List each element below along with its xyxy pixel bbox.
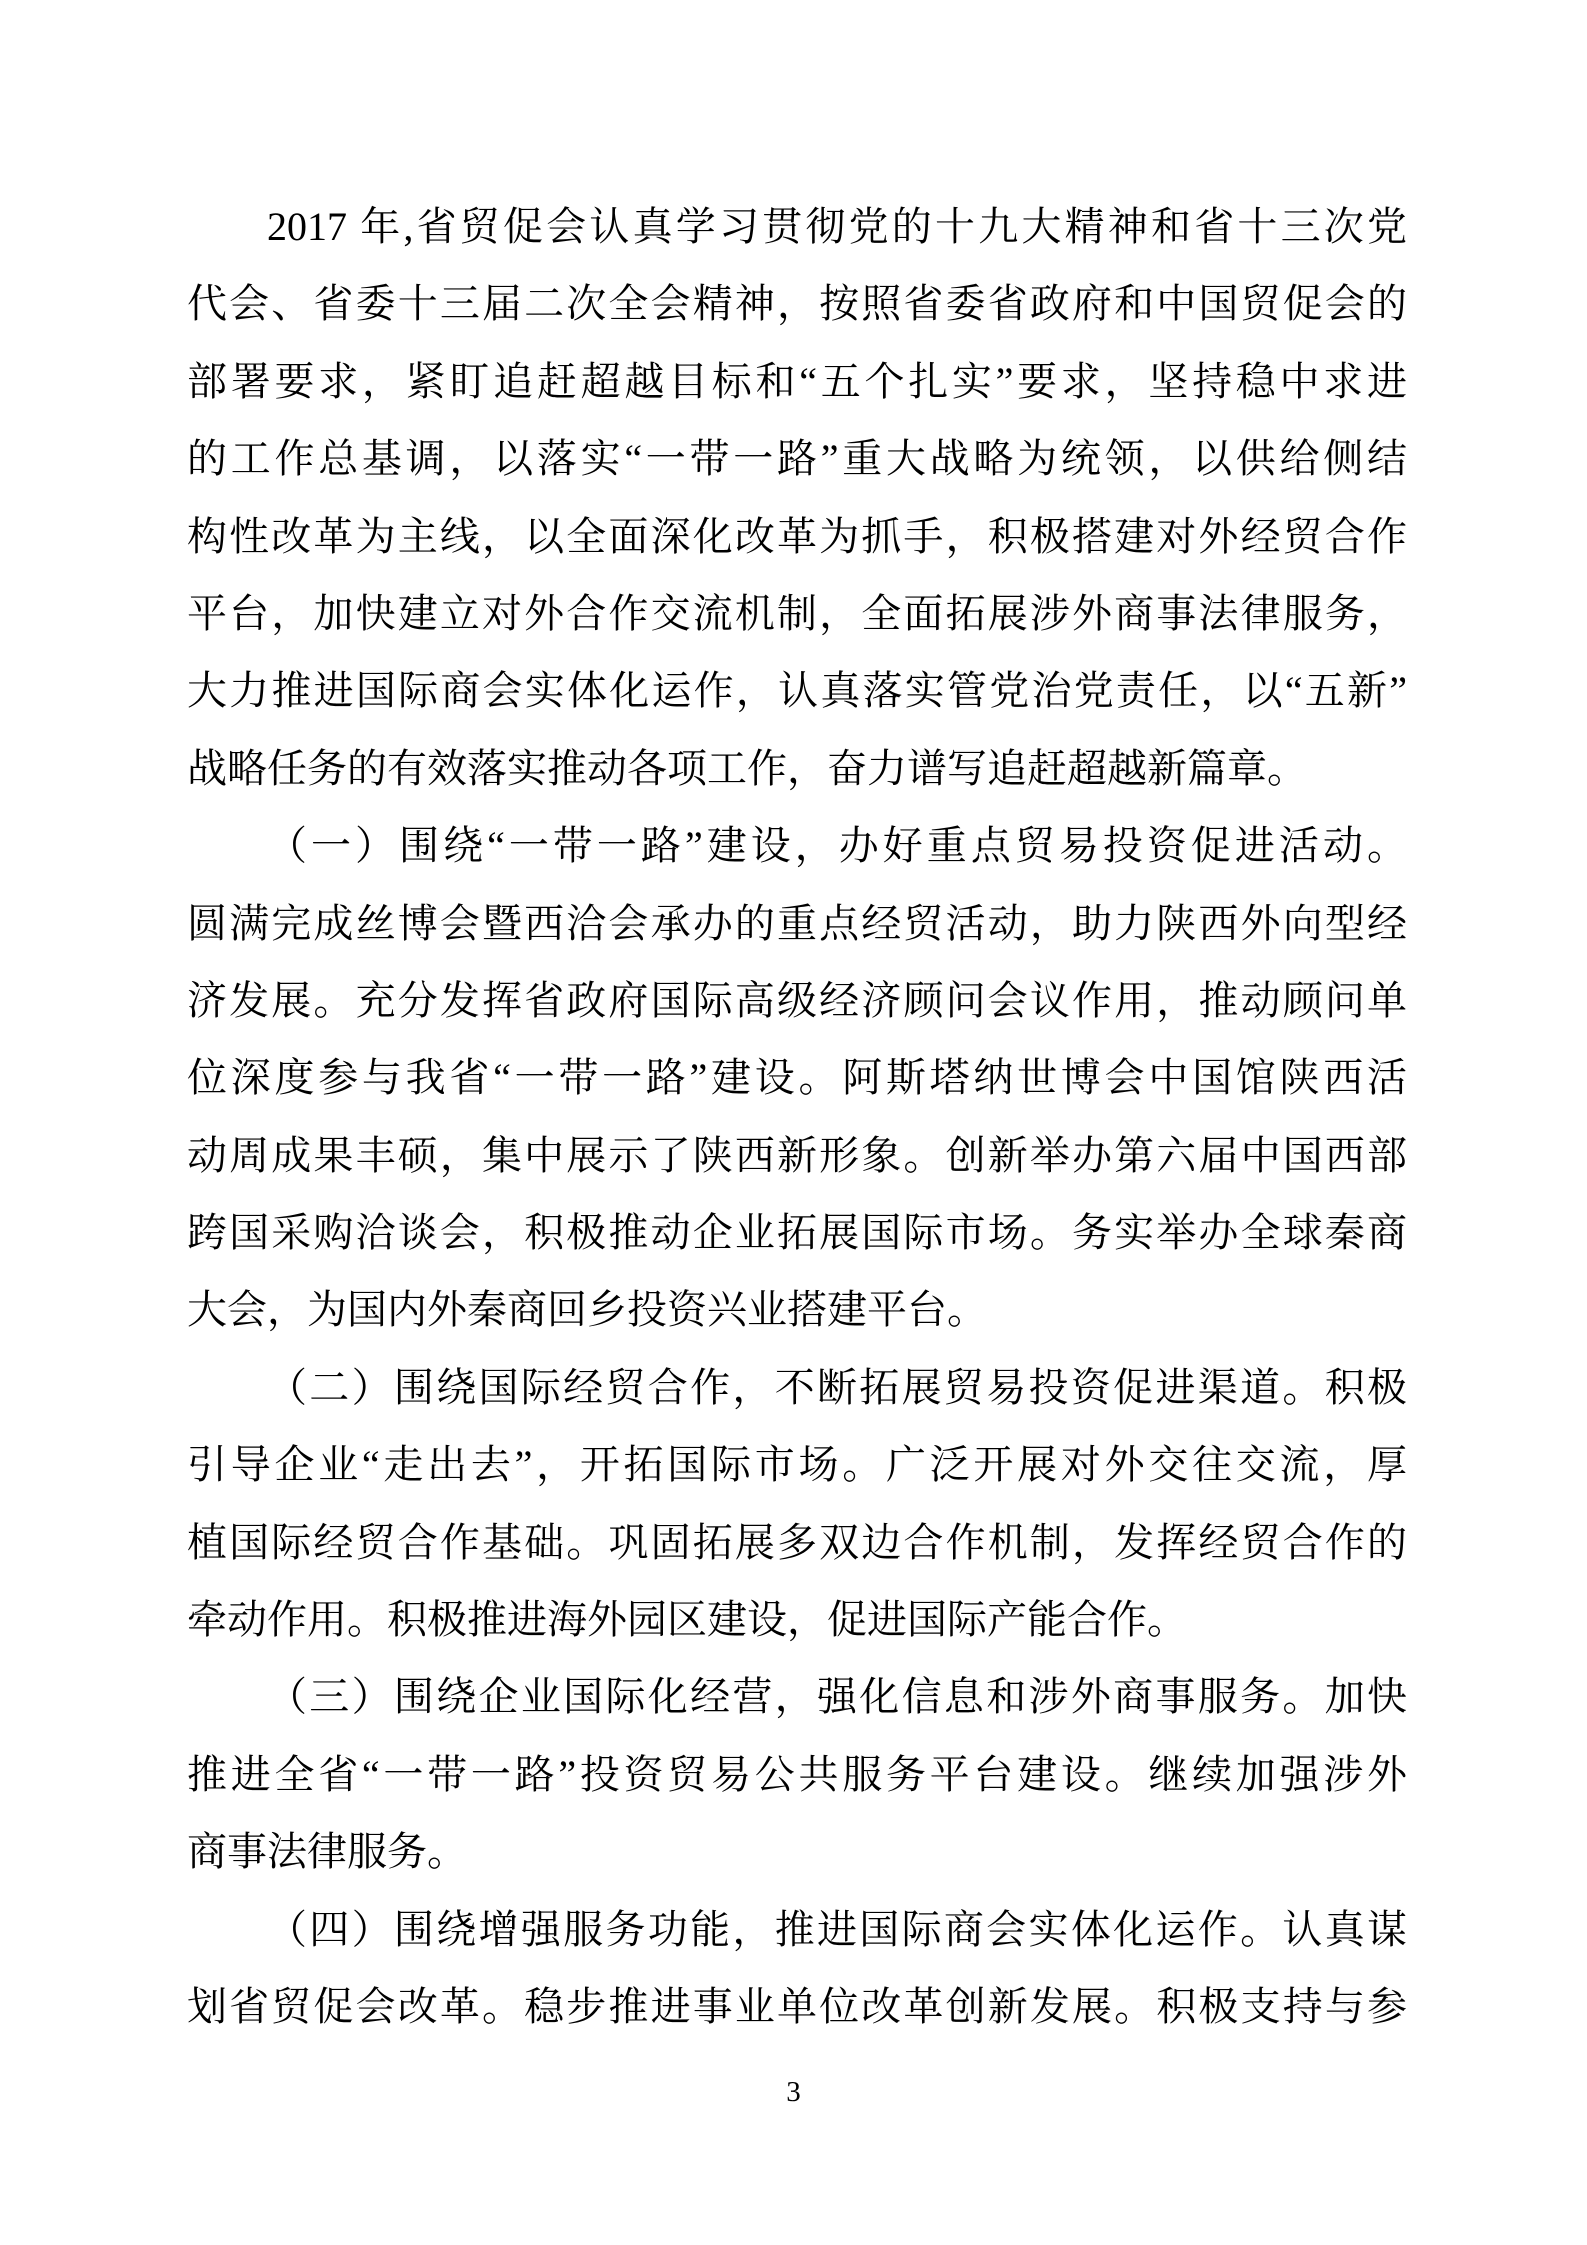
text-line: 位深度参与我省“一带一路”建设。阿斯塔纳世博会中国馆陕西活 — [187, 1039, 1407, 1116]
text-line: 构性改革为主线，以全面深化改革为抓手，积极搭建对外经贸合作 — [187, 498, 1407, 575]
text-line: 代会、省委十三届二次全会精神，按照省委省政府和中国贸促会的 — [187, 265, 1407, 342]
text-line: 跨国采购洽谈会，积极推动企业拓展国际市场。务实举办全球秦商 — [187, 1194, 1407, 1271]
text-line: 引导企业“走出去”，开拓国际市场。广泛开展对外交往交流，厚 — [187, 1426, 1407, 1503]
text-line: （二）围绕国际经贸合作，不断拓展贸易投资促进渠道。积极 — [187, 1349, 1407, 1426]
text-line: 战略任务的有效落实推动各项工作，奋力谱写追赶超越新篇章。 — [187, 730, 1407, 807]
text-line: 划省贸促会改革。稳步推进事业单位改革创新发展。积极支持与参 — [187, 1968, 1407, 2045]
text-line: 植国际经贸合作基础。巩固拓展多双边合作机制，发挥经贸合作的 — [187, 1504, 1407, 1581]
text-line: 牵动作用。积极推进海外园区建设，促进国际产能合作。 — [187, 1581, 1407, 1658]
page-number: 3 — [0, 2072, 1587, 2112]
document-body: 2017 年,省贸促会认真学习贯彻党的十九大精神和省十三次党代会、省委十三届二次… — [187, 188, 1407, 2045]
text-line: 的工作总基调，以落实“一带一路”重大战略为统领，以供给侧结 — [187, 420, 1407, 497]
text-line: 平台，加快建立对外合作交流机制，全面拓展涉外商事法律服务， — [187, 575, 1407, 652]
text-line: 大会，为国内外秦商回乡投资兴业搭建平台。 — [187, 1271, 1407, 1348]
text-line: 部署要求，紧盯追赶超越目标和“五个扎实”要求，坚持稳中求进 — [187, 343, 1407, 420]
text-line: 圆满完成丝博会暨西洽会承办的重点经贸活动，助力陕西外向型经 — [187, 885, 1407, 962]
text-line: 推进全省“一带一路”投资贸易公共服务平台建设。继续加强涉外 — [187, 1736, 1407, 1813]
text-line: （四）围绕增强服务功能，推进国际商会实体化运作。认真谋 — [187, 1891, 1407, 1968]
text-line: 商事法律服务。 — [187, 1813, 1407, 1890]
text-line: 济发展。充分发挥省政府国际高级经济顾问会议作用，推动顾问单 — [187, 962, 1407, 1039]
document-page: { "document": { "page_number": "3", "tex… — [0, 0, 1587, 2245]
page: 2017 年,省贸促会认真学习贯彻党的十九大精神和省十三次党代会、省委十三届二次… — [0, 0, 1587, 2245]
text-line: 大力推进国际商会实体化运作，认真落实管党治党责任，以“五新” — [187, 652, 1407, 729]
text-line: 2017 年,省贸促会认真学习贯彻党的十九大精神和省十三次党 — [187, 188, 1407, 265]
text-line: （三）围绕企业国际化经营，强化信息和涉外商事服务。加快 — [187, 1658, 1407, 1735]
text-line: （一）围绕“一带一路”建设，办好重点贸易投资促进活动。 — [187, 807, 1407, 884]
text-line: 动周成果丰硕，集中展示了陕西新形象。创新举办第六届中国西部 — [187, 1117, 1407, 1194]
